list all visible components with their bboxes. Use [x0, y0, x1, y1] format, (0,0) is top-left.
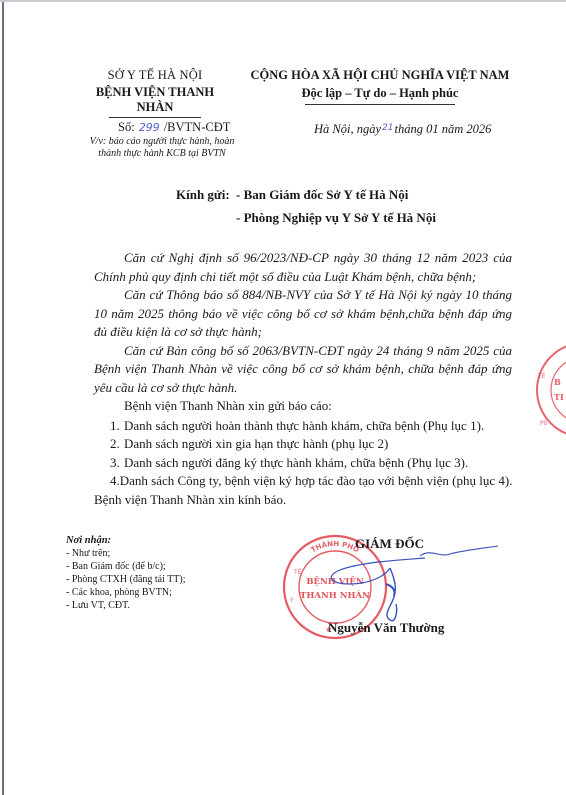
- document-body: Căn cứ Nghị định số 96/2023/NĐ-CP ngày 3…: [94, 249, 512, 509]
- agency-name: BỆNH VIỆN THANH NHÀN: [80, 85, 230, 115]
- national-header: CỘNG HÒA XÃ HỘI CHỦ NGHĨA VIỆT NAM Độc l…: [240, 68, 520, 105]
- month-year: tháng 01 năm 2026: [394, 122, 491, 136]
- issuing-agency-block: SỞ Y TẾ HÀ NỘI BỆNH VIỆN THANH NHÀN: [80, 68, 230, 118]
- report-intro: Bệnh viện Thanh Nhàn xin gửi báo cáo:: [94, 397, 512, 416]
- svg-text:TI: TI: [554, 392, 564, 402]
- appendix-list: 1.Danh sách người hoàn thành thực hành k…: [94, 417, 512, 491]
- place-date: Hà Nội, ngày21tháng 01 năm 2026: [314, 122, 491, 137]
- distribution-list: Nơi nhận: - Như trên; - Ban Giám đốc (để…: [66, 534, 186, 612]
- subject-line: thành thực hành KCB tại BVTN: [82, 148, 242, 160]
- nation-title: CỘNG HÒA XÃ HỘI CHỦ NGHĨA VIỆT NAM: [240, 68, 520, 83]
- motto-underline: [305, 104, 455, 105]
- subject-line: V/v: báo cáo người thực hành, hoàn: [82, 136, 242, 148]
- distribution-title: Nơi nhận:: [66, 534, 186, 547]
- list-item: 3.Danh sách người đăng ký thực hành khám…: [110, 454, 512, 473]
- day-handwritten: 21: [381, 123, 394, 133]
- distribution-item: - Lưu VT, CĐT.: [66, 599, 186, 612]
- recipients-block: Kính gửi: - Ban Giám đốc Sở Y tế Hà Nội …: [176, 187, 436, 233]
- distribution-item: - Ban Giám đốc (để b/c);: [66, 560, 186, 573]
- place-prefix: Hà Nội, ngày: [314, 122, 381, 136]
- closing-line: Bệnh viện Thanh Nhàn xin kính báo.: [94, 491, 512, 510]
- national-motto: Độc lập – Tự do – Hạnh phúc: [302, 86, 459, 101]
- number-prefix: Số:: [118, 120, 135, 134]
- svg-text:TẾ: TẾ: [537, 372, 546, 380]
- distribution-item: - Như trên;: [66, 547, 186, 560]
- agency-underline: [109, 117, 201, 118]
- number-handwritten: 299: [135, 121, 164, 134]
- document-number: Số:299/BVTN-CĐT: [118, 120, 230, 135]
- svg-text:Ρδ: Ρδ: [540, 420, 548, 427]
- partial-stamp-icon: B TI TẾ Ρδ: [532, 340, 566, 440]
- document-subject: V/v: báo cáo người thực hành, hoàn thành…: [82, 136, 242, 160]
- legal-basis-paragraph: Căn cứ Bản công bố số 2063/BVTN-CĐT ngày…: [94, 342, 512, 398]
- distribution-item: - Các khoa, phòng BVTN;: [66, 586, 186, 599]
- parent-agency: SỞ Y TẾ HÀ NỘI: [80, 68, 230, 83]
- recipient-item: - Phòng Nghiệp vụ Y Sở Y tế Hà Nội: [236, 210, 436, 233]
- recipients-label: Kính gửi:: [176, 187, 236, 210]
- list-item: 2.Danh sách người xin gia hạn thực hành …: [110, 435, 512, 454]
- number-suffix: /BVTN-CĐT: [164, 120, 231, 134]
- recipient-item: - Ban Giám đốc Sở Y tế Hà Nội: [236, 187, 408, 210]
- legal-basis-paragraph: Căn cứ Nghị định số 96/2023/NĐ-CP ngày 3…: [94, 249, 512, 286]
- signer-name: Nguyễn Văn Thường: [328, 620, 444, 636]
- list-item: 1.Danh sách người hoàn thành thực hành k…: [110, 417, 512, 436]
- svg-text:B: B: [554, 377, 561, 387]
- distribution-item: - Phòng CTXH (đăng tải TT);: [66, 573, 186, 586]
- list-item: 4.Danh sách Công ty, bệnh viện ký hợp tá…: [110, 472, 512, 491]
- svg-text:Y: Y: [289, 597, 294, 604]
- legal-basis-paragraph: Căn cứ Thông báo số 884/NB-NVY của Sở Y …: [94, 286, 512, 342]
